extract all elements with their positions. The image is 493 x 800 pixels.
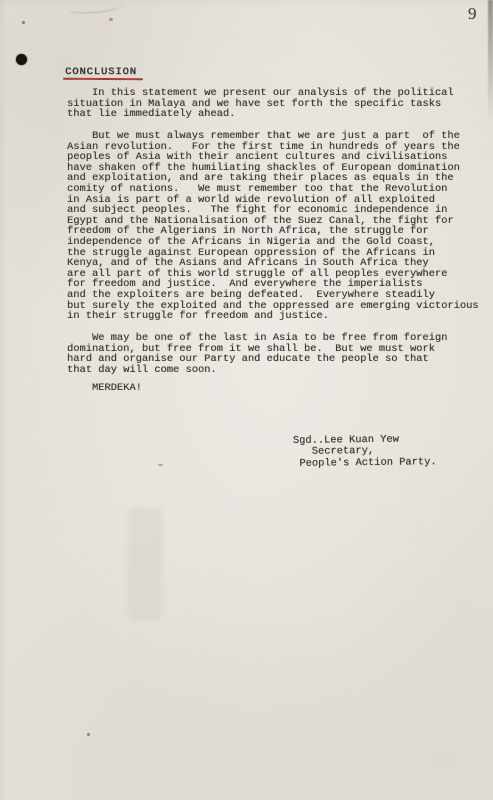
signature-block: Sgd..Lee Kuan Yew Secretary, People's Ac… — [293, 434, 437, 470]
paper-speck — [109, 18, 113, 21]
paragraph-intro: In this statement we present our analysi… — [67, 88, 454, 120]
paragraph-asian-revolution: But we must always remember that we are … — [67, 131, 479, 322]
paragraph-freedom: We may be one of the last in Asia to be … — [67, 333, 447, 375]
paragraph-merdeka: MERDEKA! — [67, 383, 142, 394]
pencil-smudge — [68, 0, 124, 14]
ink-showthrough — [128, 508, 162, 620]
page-number: 9 — [468, 4, 477, 24]
section-heading: CONCLUSION — [65, 67, 137, 78]
scan-edge-shadow — [488, 0, 493, 130]
paper-speck — [158, 464, 163, 466]
document-page: 9 CONCLUSION In this statement we presen… — [0, 0, 493, 800]
paper-speck — [87, 733, 90, 736]
paper-speck — [22, 21, 25, 24]
hole-punch-dot — [16, 54, 27, 65]
heading-red-underline — [63, 78, 143, 80]
